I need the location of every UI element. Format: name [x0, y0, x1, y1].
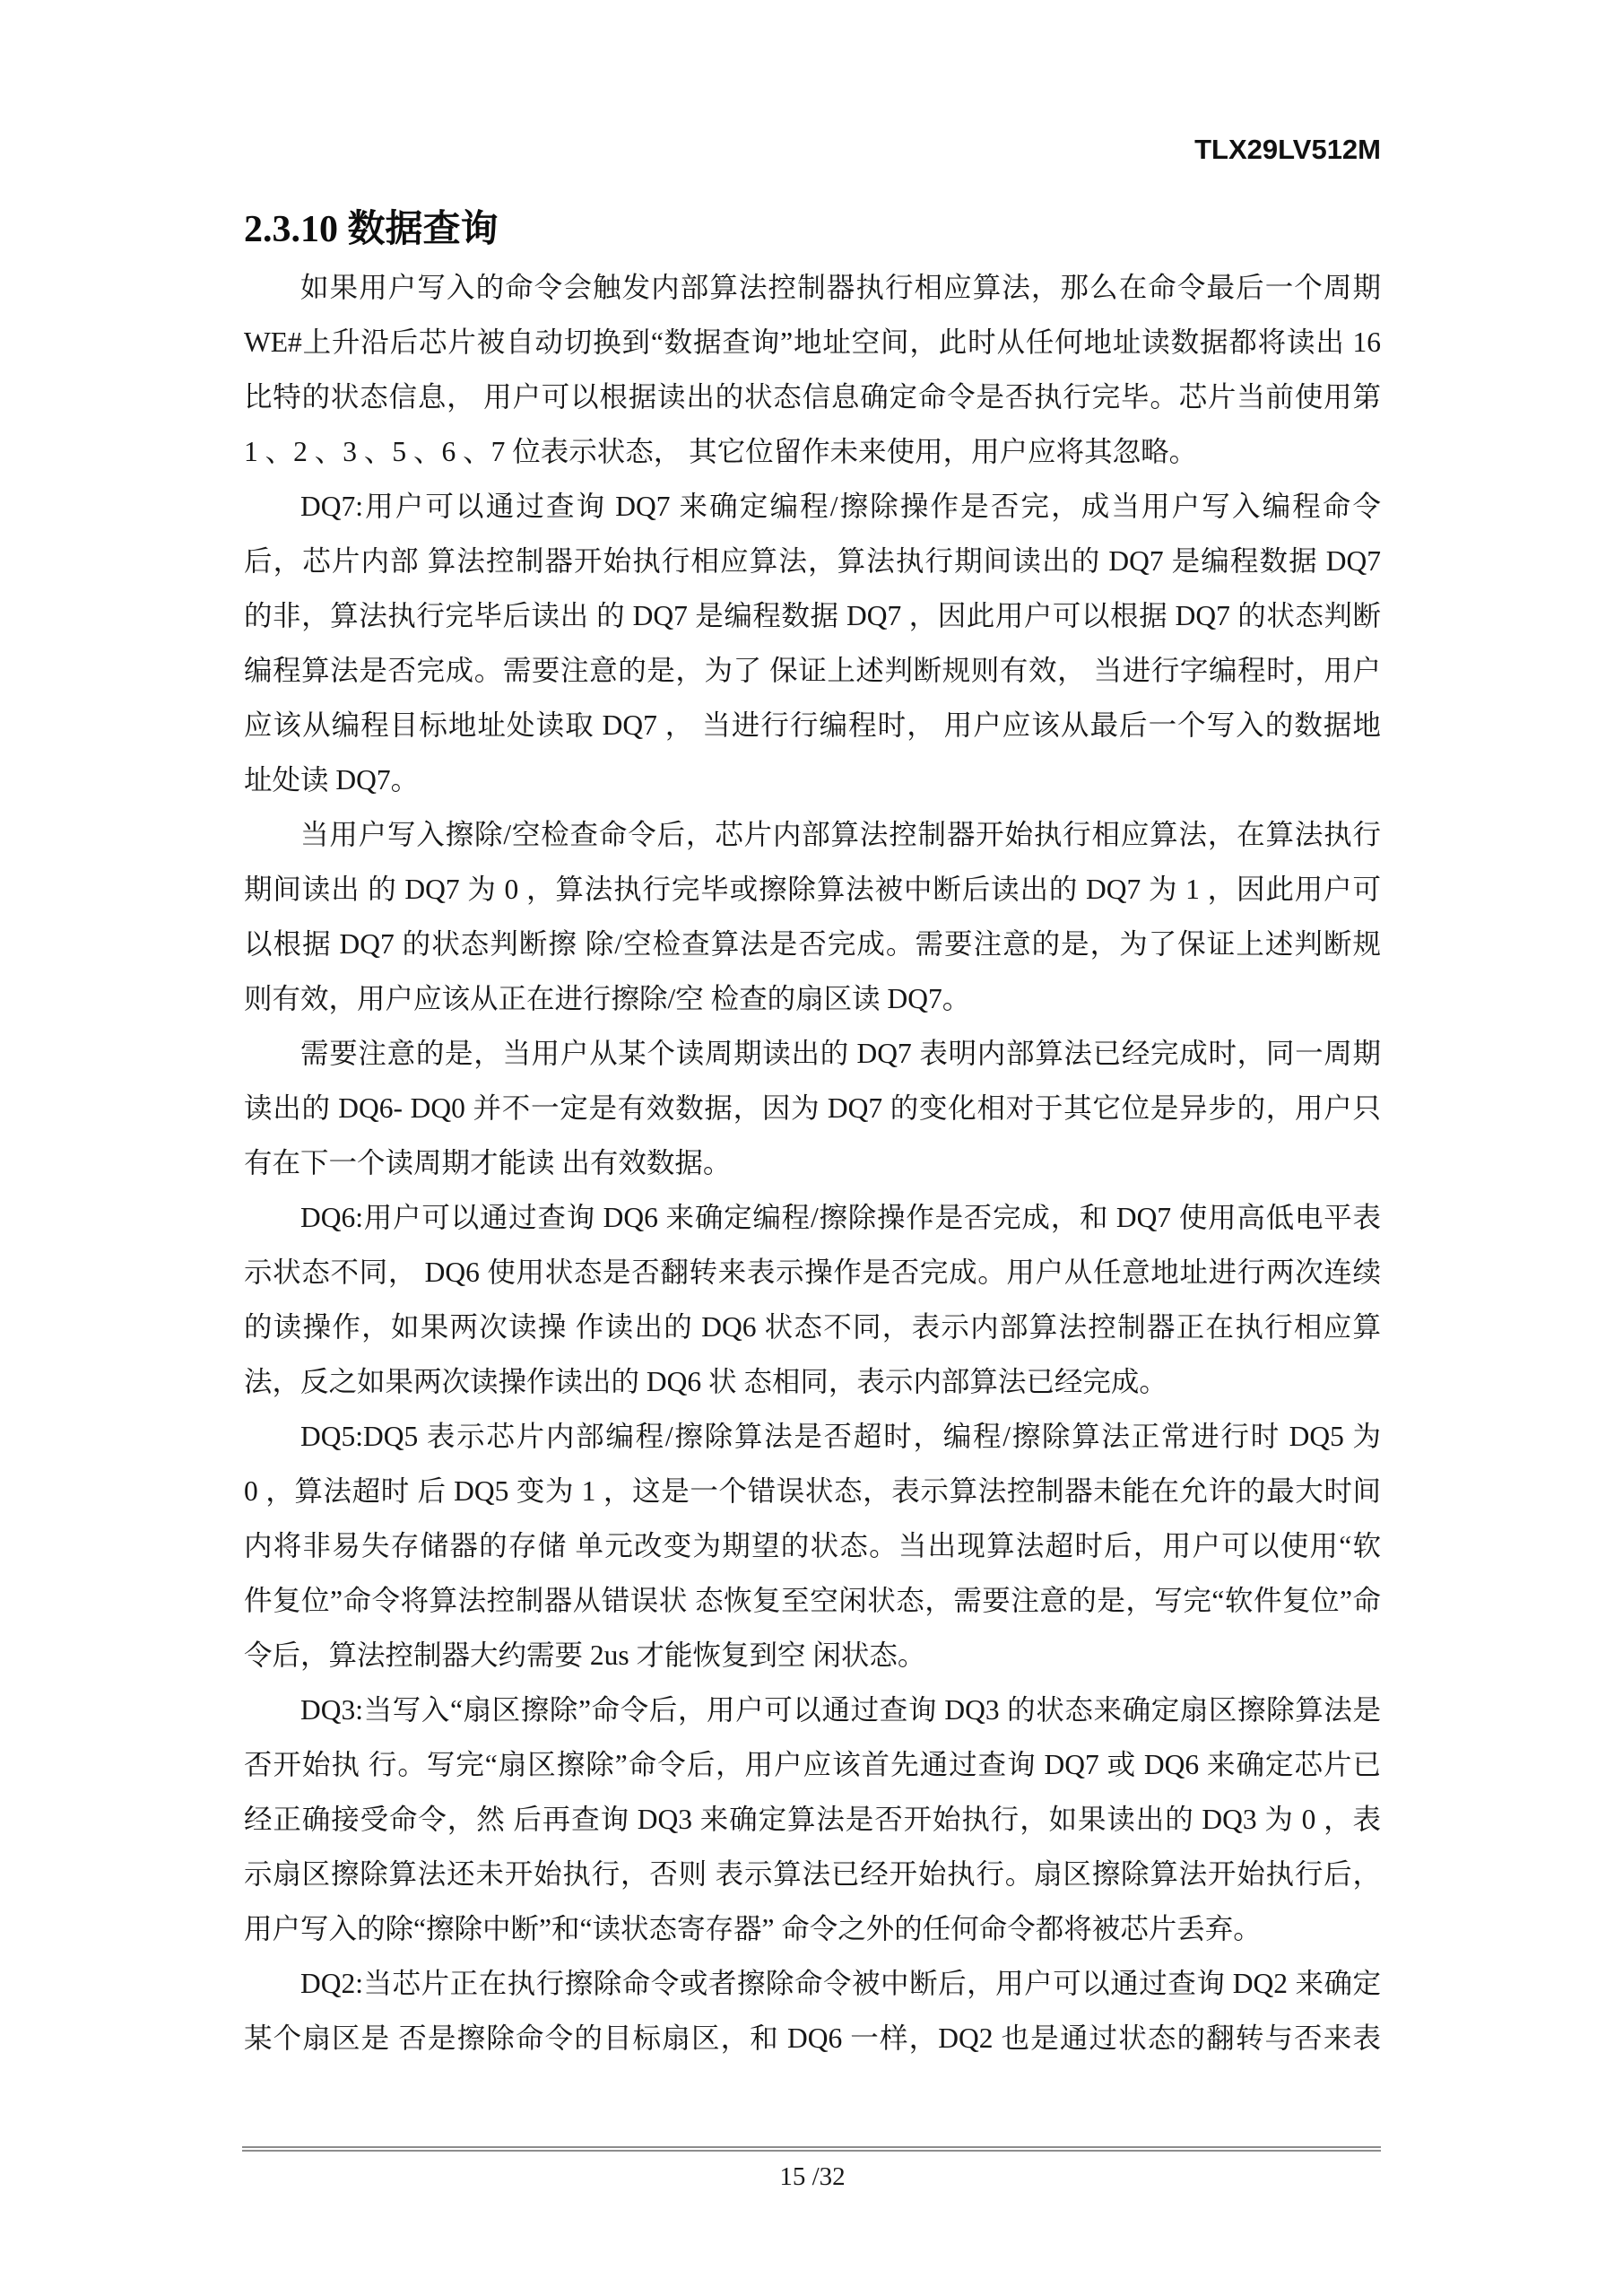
text-line: 后，芯片内部 算法控制器开始执行相应算法，算法执行期间读出的 DQ7 是编程数据… [244, 534, 1381, 588]
text-line: 用户写入的除“擦除中断”和“读状态寄存器” 命令之外的任何命令都将被芯片丢弃。 [244, 1901, 1381, 1956]
text-line: 件复位”命令将算法控制器从错误状 态恢复至空闲状态，需要注意的是，写完“软件复位… [244, 1573, 1381, 1628]
text-line: 当用户写入擦除/空检查命令后，芯片内部算法控制器开始执行相应算法，在算法执行 [244, 807, 1381, 862]
text-line: DQ2:当芯片正在执行擦除命令或者擦除命令被中断后，用户可以通过查询 DQ2 来… [244, 1956, 1381, 2011]
text-line: 需要注意的是，当用户从某个读周期读出的 DQ7 表明内部算法已经完成时，同一周期 [244, 1026, 1381, 1081]
text-line: 比特的状态信息， 用户可以根据读出的状态信息确定命令是否执行完毕。芯片当前使用第 [244, 370, 1381, 424]
text-line: WE#上升沿后芯片被自动切换到“数据查询”地址空间，此时从任何地址读数据都将读出… [244, 315, 1381, 370]
text-line: 法，反之如果两次读操作读出的 DQ6 状 态相同，表示内部算法已经完成。 [244, 1354, 1381, 1409]
text-line: DQ7:用户可以通过查询 DQ7 来确定编程/擦除操作是否完，成当用户写入编程命… [244, 479, 1381, 534]
doc-header-part-number: TLX29LV512M [244, 133, 1381, 167]
section-title: 2.3.10 数据查询 [244, 204, 1381, 255]
text-line: 示状态不同， DQ6 使用状态是否翻转来表示操作是否完成。用户从任意地址进行两次… [244, 1245, 1381, 1300]
text-line: DQ3:当写入“扇区擦除”命令后，用户可以通过查询 DQ3 的状态来确定扇区擦除… [244, 1683, 1381, 1737]
text-line: 址处读 DQ7。 [244, 752, 1381, 807]
body-text: 如果用户写入的命令会触发内部算法控制器执行相应算法，那么在命令最后一个周期WE#… [244, 260, 1381, 2066]
text-line: 则有效，用户应该从正在进行擦除/空 检查的扇区读 DQ7。 [244, 971, 1381, 1026]
page-number: 15 /32 [244, 2157, 1381, 2196]
text-line: 应该从编程目标地址处读取 DQ7 ， 当进行行编程时， 用户应该从最后一个写入的… [244, 698, 1381, 752]
text-line: 经正确接受命令，然 后再查询 DQ3 来确定算法是否开始执行，如果读出的 DQ3… [244, 1792, 1381, 1847]
footer-divider [242, 2146, 1381, 2152]
text-line: 的非，算法执行完毕后读出 的 DQ7 是编程数据 DQ7 ，因此用户可以根据 D… [244, 588, 1381, 643]
text-line: 示扇区擦除算法还未开始执行，否则 表示算法已经开始执行。扇区擦除算法开始执行后， [244, 1847, 1381, 1901]
text-line: 0 ，算法超时 后 DQ5 变为 1 ，这是一个错误状态，表示算法控制器未能在允… [244, 1464, 1381, 1518]
text-line: 有在下一个读周期才能读 出有效数据。 [244, 1135, 1381, 1190]
text-line: 以根据 DQ7 的状态判断擦 除/空检查算法是否完成。需要注意的是，为了保证上述… [244, 917, 1381, 971]
text-line: 令后，算法控制器大约需要 2us 才能恢复到空 闲状态。 [244, 1628, 1381, 1683]
text-line: DQ5:DQ5 表示芯片内部编程/擦除算法是否超时，编程/擦除算法正常进行时 D… [244, 1409, 1381, 1464]
text-line: 1 、2 、3 、5 、6 、7 位表示状态， 其它位留作未来使用，用户应将其忽… [244, 424, 1381, 479]
text-line: 的读操作，如果两次读操 作读出的 DQ6 状态不同，表示内部算法控制器正在执行相… [244, 1300, 1381, 1354]
text-line: 编程算法是否完成。需要注意的是，为了 保证上述判断规则有效， 当进行字编程时，用… [244, 643, 1381, 698]
text-line: 某个扇区是 否是擦除命令的目标扇区，和 DQ6 一样，DQ2 也是通过状态的翻转… [244, 2011, 1381, 2066]
text-line: DQ6:用户可以通过查询 DQ6 来确定编程/擦除操作是否完成，和 DQ7 使用… [244, 1190, 1381, 1245]
document-page: TLX29LV512M 2.3.10 数据查询 如果用户写入的命令会触发内部算法… [0, 0, 1623, 2296]
text-line: 内将非易失存储器的存储 单元改变为期望的状态。当出现算法超时后，用户可以使用“软 [244, 1518, 1381, 1573]
text-line: 读出的 DQ6- DQ0 并不一定是有效数据，因为 DQ7 的变化相对于其它位是… [244, 1081, 1381, 1135]
text-line: 如果用户写入的命令会触发内部算法控制器执行相应算法，那么在命令最后一个周期 [244, 260, 1381, 315]
text-line: 期间读出 的 DQ7 为 0 ，算法执行完毕或擦除算法被中断后读出的 DQ7 为… [244, 862, 1381, 917]
text-line: 否开始执 行。写完“扇区擦除”命令后，用户应该首先通过查询 DQ7 或 DQ6 … [244, 1737, 1381, 1792]
